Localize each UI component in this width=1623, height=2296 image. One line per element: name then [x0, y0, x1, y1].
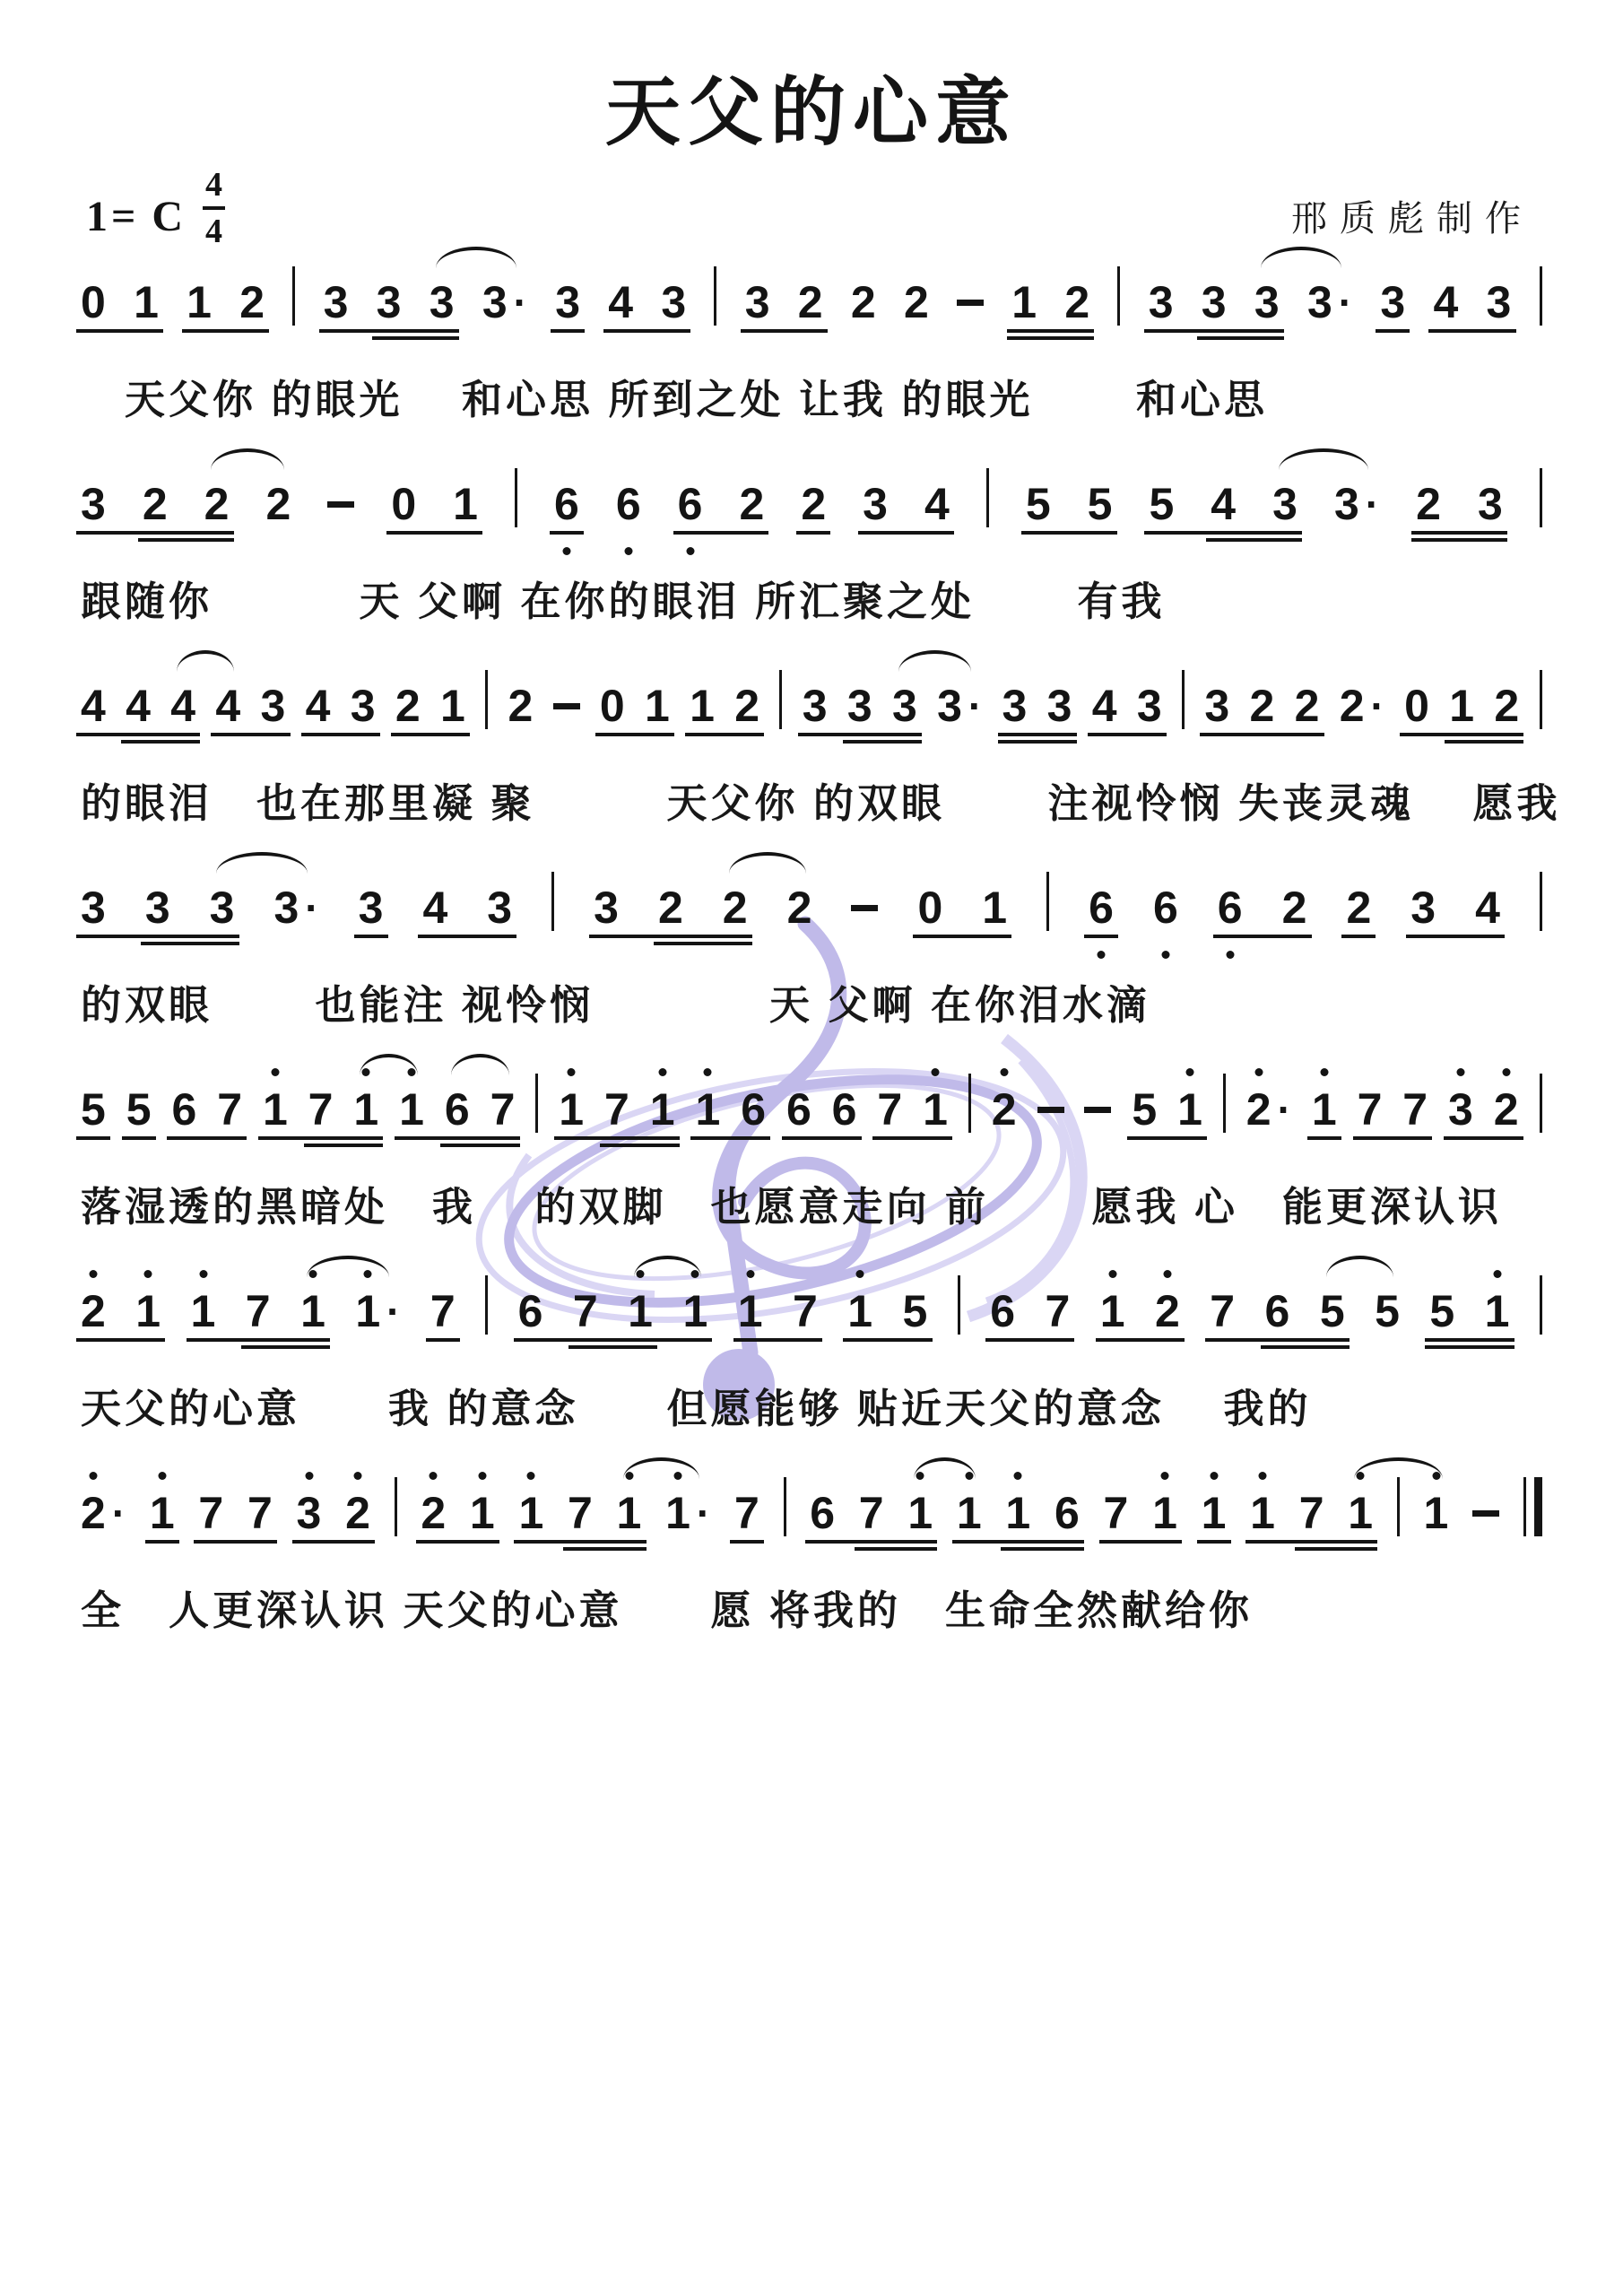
- note-digit: 2: [1282, 884, 1307, 931]
- key-prefix: 1=: [86, 192, 139, 241]
- note: 2: [1282, 881, 1307, 931]
- note-digit: 3: [937, 683, 962, 729]
- note: 7: [1210, 1284, 1235, 1335]
- note-digit: 1: [453, 481, 478, 527]
- octave-dot-above: [1502, 1068, 1510, 1076]
- note-digit: 4: [924, 481, 950, 527]
- barline: [535, 1074, 538, 1133]
- beam: [319, 329, 459, 333]
- notes-row: 01123333·3433222123333·343: [81, 275, 1542, 326]
- note: 3: [145, 881, 170, 931]
- note-digit: 3: [81, 481, 106, 527]
- note: 3: [847, 679, 872, 729]
- lyrics-line: 跟随你 天 父啊 在你的眼泪 所汇聚之处 有我: [81, 569, 1546, 627]
- note-digit: 3: [1334, 481, 1359, 527]
- slur-arc: [451, 1054, 509, 1075]
- beam: [354, 935, 388, 938]
- note-digit: 3: [1272, 481, 1298, 527]
- note-digit: 4: [306, 683, 331, 729]
- slur-arc: [211, 448, 284, 470]
- beam: [1021, 531, 1117, 535]
- note-digit: 6: [1055, 1490, 1080, 1536]
- note: 3: [594, 881, 619, 931]
- note-digit: 0: [391, 481, 416, 527]
- beam: [418, 935, 516, 938]
- note-digit: 1: [355, 1288, 380, 1335]
- note: 6: [786, 1083, 811, 1133]
- note-digit: 3: [210, 884, 235, 931]
- note: 6: [741, 1083, 766, 1133]
- barline: [1540, 670, 1542, 729]
- note: 3: [1272, 477, 1298, 527]
- octave-dot-above: [1457, 1068, 1465, 1076]
- note-digit: 3: [1149, 279, 1174, 326]
- beam: [122, 1136, 156, 1140]
- beam: [550, 531, 584, 535]
- note: 1: [399, 1083, 424, 1133]
- note: 1: [518, 1486, 543, 1536]
- notes-row: 211711·7671117156712765551: [81, 1284, 1542, 1335]
- note: 2: [1494, 679, 1519, 729]
- note: 1: [1449, 679, 1474, 729]
- notes-row: 444434321201123333·33433222·012: [81, 679, 1542, 729]
- beam: [796, 531, 830, 535]
- beam: [843, 740, 922, 744]
- note: 2: [1416, 477, 1441, 527]
- note: 3: [555, 275, 580, 326]
- beam: [1205, 1338, 1350, 1342]
- barline: [395, 1477, 397, 1536]
- note: 1: [682, 1284, 707, 1335]
- note-digit: 3: [261, 683, 286, 729]
- note: 3: [661, 275, 686, 326]
- note: 6: [171, 1083, 196, 1133]
- slur-arc: [1326, 1256, 1393, 1277]
- note: 3: [803, 679, 828, 729]
- beam: [76, 1338, 165, 1342]
- note-digit: 7: [247, 1490, 273, 1536]
- note: 3·: [1334, 477, 1379, 527]
- beam: [182, 329, 269, 333]
- beam: [985, 1338, 1074, 1342]
- sheet-content: 天父的心意 1= C 4 4 邢质彪制作: [0, 52, 1623, 1636]
- note-digit: 6: [554, 481, 579, 527]
- note: 2: [81, 1284, 106, 1335]
- note-digit: 6: [990, 1288, 1015, 1335]
- note-digit: 1: [135, 1288, 161, 1335]
- beam: [673, 531, 768, 535]
- score-line-6: 211711·7671117156712765551天父的心意 我 的意念 但愿…: [77, 1284, 1546, 1434]
- beam: [241, 1345, 330, 1349]
- note-digit: 4: [1433, 279, 1458, 326]
- beam: [1341, 935, 1376, 938]
- barline: [1540, 1074, 1542, 1133]
- note-digit: 2: [81, 1288, 106, 1335]
- note: 7: [859, 1486, 884, 1536]
- note: 6: [518, 1284, 543, 1335]
- slur-arc: [898, 650, 971, 672]
- note: 5: [1429, 1284, 1454, 1335]
- octave-dot-above: [271, 1068, 279, 1076]
- note-digit: 6: [1153, 884, 1178, 931]
- score-line-2: 3222016662234555433·23跟随你 天 父啊 在你的眼泪 所汇聚…: [77, 477, 1546, 627]
- beam: [782, 1136, 862, 1140]
- note: 1: [470, 1486, 495, 1536]
- note: 1: [135, 1284, 161, 1335]
- note: 7: [793, 1284, 818, 1335]
- octave-dot-above: [1186, 1068, 1194, 1076]
- score-line-5: 55671711671711666712512·17732落湿透的黑暗处 我 的…: [77, 1083, 1546, 1232]
- beam: [600, 1144, 680, 1147]
- barline: [485, 670, 488, 729]
- augmentation-dot: ·: [112, 1495, 126, 1531]
- note-digit: 1: [923, 1086, 948, 1133]
- note-digit: 1: [1005, 1490, 1030, 1536]
- note: 4: [215, 679, 240, 729]
- note-digit: 2: [239, 279, 265, 326]
- lyrics-line: 的双眼 也能注 视怜悯 天 父啊 在你泪水滴: [81, 972, 1546, 1031]
- beam: [554, 1136, 680, 1140]
- octave-dot-above: [1259, 1472, 1267, 1480]
- octave-dot-above: [1254, 1068, 1263, 1076]
- note: 6: [616, 477, 641, 527]
- beam: [194, 1540, 277, 1544]
- note-digit: 6: [832, 1086, 857, 1133]
- beam: [1245, 1540, 1377, 1544]
- note: 7: [217, 1083, 242, 1133]
- note: 3: [1410, 881, 1436, 931]
- note: 1·: [355, 1284, 400, 1335]
- note: 4: [126, 679, 151, 729]
- note-digit: 2: [1416, 481, 1441, 527]
- octave-dot-above: [658, 1068, 666, 1076]
- octave-dot-above: [305, 1472, 313, 1480]
- note: 0: [1404, 679, 1429, 729]
- octave-dot-above: [430, 1472, 438, 1480]
- note-digit: 1: [665, 1490, 690, 1536]
- note-digit: 7: [1299, 1490, 1324, 1536]
- note: 3: [892, 679, 917, 729]
- beam: [1084, 935, 1118, 938]
- note-digit: 3: [1002, 683, 1028, 729]
- note: 6: [1055, 1486, 1080, 1536]
- beam: [1353, 1136, 1432, 1140]
- beam: [998, 740, 1077, 744]
- note: 3: [324, 275, 349, 326]
- note-digit: 6: [810, 1490, 835, 1536]
- credit: 邢质彪制作: [1291, 190, 1533, 241]
- note-digit: 2: [81, 1490, 106, 1536]
- beam: [1307, 1136, 1341, 1140]
- note-digit: 3: [430, 279, 455, 326]
- note-digit: 6: [445, 1086, 470, 1133]
- score: 01123333·3433222123333·343 天父你 的眼光 和心思 所…: [77, 275, 1546, 1636]
- note-digit: 2: [204, 481, 230, 527]
- note: 3: [1002, 679, 1028, 729]
- note-digit: 1: [682, 1288, 707, 1335]
- note-digit: 1: [957, 1490, 982, 1536]
- note-digit: 6: [1218, 884, 1243, 931]
- note: 4: [1092, 679, 1117, 729]
- augmentation-dot: ·: [1278, 1091, 1291, 1127]
- beam: [426, 1338, 460, 1342]
- beam: [391, 733, 470, 736]
- barline: [1540, 468, 1542, 527]
- beam: [1295, 1547, 1377, 1551]
- note: 2: [734, 679, 759, 729]
- note: 1: [628, 1284, 653, 1335]
- note: 5: [1149, 477, 1174, 527]
- note-digit: 2: [1494, 1086, 1519, 1133]
- note-digit: 1: [1100, 1288, 1125, 1335]
- note-digit: 2: [801, 481, 826, 527]
- barline: [1223, 1074, 1226, 1133]
- octave-dot-above: [1210, 1472, 1218, 1480]
- octave-dot-above: [527, 1472, 535, 1480]
- note: 4: [422, 881, 447, 931]
- note: 2: [658, 881, 683, 931]
- note-digit: 5: [1088, 481, 1113, 527]
- note: 3: [1137, 679, 1162, 729]
- augmentation-dot: ·: [305, 890, 318, 926]
- note: 2: [904, 275, 929, 326]
- note: 2: [787, 881, 812, 931]
- beam: [1425, 1345, 1515, 1349]
- slur-arc: [1261, 247, 1341, 268]
- note-digit: 1: [150, 1490, 175, 1536]
- note-digit: 1: [1424, 1490, 1449, 1536]
- beam: [1376, 329, 1410, 333]
- note-digit: 7: [1402, 1086, 1428, 1133]
- meta-row: 1= C 4 4 邢质彪制作: [86, 161, 1533, 241]
- note-digit: 1: [1312, 1086, 1337, 1133]
- beam: [1425, 1338, 1515, 1342]
- note: 1·: [665, 1486, 710, 1536]
- beam: [568, 1345, 657, 1349]
- note: 2: [1155, 1284, 1180, 1335]
- note: 7: [198, 1486, 223, 1536]
- note-digit: 1: [907, 1490, 933, 1536]
- augmentation-dot: ·: [697, 1495, 710, 1531]
- note: 2·: [1340, 679, 1384, 729]
- note: 6: [445, 1083, 470, 1133]
- note: 3: [745, 275, 770, 326]
- note: 6: [810, 1486, 835, 1536]
- note-digit: 4: [126, 683, 151, 729]
- note: 1: [650, 1083, 675, 1133]
- note: 2: [851, 275, 876, 326]
- note: 1: [1005, 1486, 1030, 1536]
- note-digit: 1: [1011, 279, 1037, 326]
- octave-dot-above: [704, 1068, 712, 1076]
- note: 2: [204, 477, 230, 527]
- beam: [440, 1144, 520, 1147]
- note-digit: 3: [594, 884, 619, 931]
- beam: [301, 733, 380, 736]
- beam: [76, 1136, 110, 1140]
- beam: [1444, 1136, 1523, 1140]
- note-digit: 2: [1064, 279, 1089, 326]
- key-note: C: [152, 192, 183, 241]
- notes-row: 2·17732211711·76711167111711: [81, 1486, 1542, 1536]
- score-line-4: 3333·3433222016662234的双眼 也能注 视怜悯 天 父啊 在你…: [77, 881, 1546, 1031]
- note-digit: 2: [904, 279, 929, 326]
- note: 7: [1104, 1486, 1129, 1536]
- extension-dash: [1037, 1107, 1064, 1113]
- note-digit: 3: [1137, 683, 1162, 729]
- note: 4: [1433, 275, 1458, 326]
- note: 5: [81, 1083, 106, 1133]
- note: 2·: [81, 1486, 126, 1536]
- beam: [167, 1136, 247, 1140]
- note-digit: 1: [399, 1086, 424, 1133]
- note-digit: 7: [734, 1490, 759, 1536]
- beam: [76, 935, 239, 938]
- augmentation-dot: ·: [386, 1293, 400, 1329]
- note-digit: 5: [1320, 1288, 1345, 1335]
- note: 1: [982, 881, 1007, 931]
- note: 3: [487, 881, 512, 931]
- beam: [121, 740, 200, 744]
- beam: [76, 531, 234, 535]
- note-digit: 1: [134, 279, 159, 326]
- note-digit: 3: [487, 884, 512, 931]
- augmentation-dot: ·: [1366, 486, 1379, 522]
- score-line-1: 01123333·3433222123333·343 天父你 的眼光 和心思 所…: [77, 275, 1546, 425]
- time-denominator: 4: [205, 210, 222, 248]
- note: 3·: [273, 881, 318, 931]
- note: 1: [645, 679, 670, 729]
- note: 0: [917, 881, 942, 931]
- beam: [1411, 531, 1507, 535]
- octave-dot-below: [1226, 951, 1234, 959]
- augmentation-dot: ·: [514, 284, 527, 320]
- note-digit: 6: [1089, 884, 1114, 931]
- note-digit: 0: [600, 683, 625, 729]
- beam: [76, 329, 163, 333]
- beam: [998, 733, 1077, 736]
- note: 3: [261, 679, 286, 729]
- slur-arc: [729, 852, 806, 874]
- time-numerator: 4: [203, 168, 225, 210]
- note-digit: 1: [847, 1288, 872, 1335]
- note: 7: [246, 1284, 271, 1335]
- octave-dot-below: [1161, 951, 1169, 959]
- note-digit: 3: [1478, 481, 1503, 527]
- note: 3: [1149, 275, 1174, 326]
- barline: [986, 468, 989, 527]
- note: 3: [351, 679, 376, 729]
- lyrics-line: 天父的心意 我 的意念 但愿能够 贴近天父的意念 我的: [81, 1376, 1546, 1434]
- slur-arc: [436, 247, 516, 268]
- note: 2: [1064, 275, 1089, 326]
- note-digit: 3: [1204, 683, 1229, 729]
- beam: [1206, 538, 1302, 542]
- note-digit: 3: [847, 683, 872, 729]
- note: 1: [907, 1486, 933, 1536]
- note: 1: [191, 1284, 216, 1335]
- extension-dash: [1084, 1107, 1111, 1113]
- beam: [141, 942, 239, 945]
- octave-dot-above: [1014, 1472, 1022, 1480]
- barline: [784, 1477, 786, 1536]
- note-digit: 2: [739, 481, 764, 527]
- barline: [485, 1275, 488, 1335]
- note-digit: 6: [741, 1086, 766, 1133]
- note: 7: [573, 1284, 598, 1335]
- note: 6: [990, 1284, 1015, 1335]
- note-digit: 3: [803, 683, 828, 729]
- note: 1: [1312, 1083, 1337, 1133]
- beam: [416, 1540, 499, 1544]
- beam: [76, 733, 200, 736]
- octave-dot-above: [1000, 1068, 1008, 1076]
- octave-dot-above: [144, 1270, 152, 1278]
- note: 0: [600, 679, 625, 729]
- note-digit: 5: [126, 1086, 152, 1133]
- note-digit: 7: [604, 1086, 629, 1133]
- note-digit: 5: [81, 1086, 106, 1133]
- beam: [1213, 935, 1312, 938]
- note: 1: [1424, 1486, 1449, 1536]
- note: 1: [957, 1486, 982, 1536]
- note: 3: [1380, 275, 1405, 326]
- note-digit: 2: [787, 884, 812, 931]
- note-digit: 3: [81, 884, 106, 931]
- octave-dot-above: [90, 1472, 98, 1480]
- note-digit: 2: [1494, 683, 1519, 729]
- barline: [292, 266, 295, 326]
- beam: [603, 329, 690, 333]
- barline: [1397, 1477, 1400, 1536]
- beam: [690, 1136, 770, 1140]
- note: 1: [300, 1284, 325, 1335]
- note: 1: [847, 1284, 872, 1335]
- note-digit: 3: [1410, 884, 1436, 931]
- note-digit: 3: [273, 884, 299, 931]
- note-digit: 3: [1448, 1086, 1473, 1133]
- note: 7: [430, 1284, 456, 1335]
- note-digit: 5: [1132, 1086, 1157, 1133]
- note: 7: [1045, 1284, 1070, 1335]
- note-digit: 7: [217, 1086, 242, 1133]
- slur-arc: [914, 1457, 976, 1479]
- note: 6: [1218, 881, 1243, 931]
- extension-dash: [553, 703, 580, 709]
- note-digit: 3: [1047, 683, 1072, 729]
- note: 3: [297, 1486, 322, 1536]
- barline: [1540, 266, 1542, 326]
- slur-arc: [1354, 1457, 1443, 1479]
- note: 2: [1494, 1083, 1519, 1133]
- note-digit: 1: [645, 683, 670, 729]
- note-digit: 4: [81, 683, 106, 729]
- note-digit: 2: [1346, 884, 1371, 931]
- note: 4: [170, 679, 195, 729]
- octave-dot-below: [686, 547, 694, 555]
- beam: [1445, 740, 1523, 744]
- note-digit: 2: [1155, 1288, 1180, 1335]
- note: 7: [877, 1083, 902, 1133]
- note-digit: 3: [1380, 279, 1405, 326]
- note: 2: [239, 275, 265, 326]
- beam: [551, 329, 585, 333]
- note-digit: 7: [859, 1490, 884, 1536]
- barline: [958, 1275, 960, 1335]
- beam: [805, 1540, 937, 1544]
- note-digit: 2: [395, 683, 421, 729]
- beam: [514, 1338, 712, 1342]
